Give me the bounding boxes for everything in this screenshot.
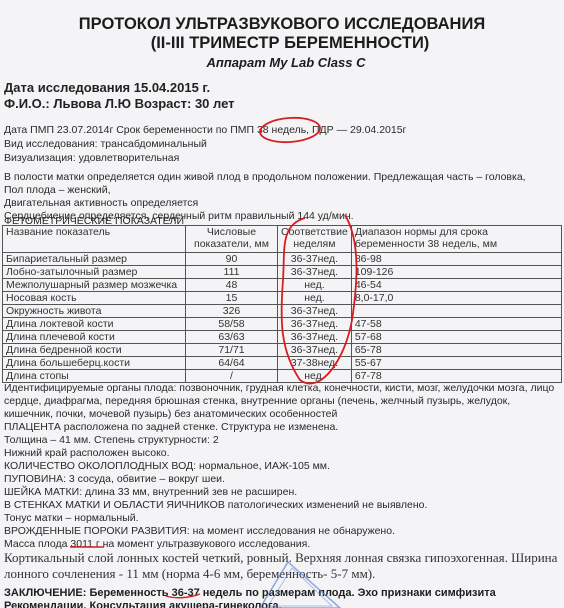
- document-subtitle: (II-III ТРИМЕСТР БЕРЕМЕННОСТИ): [8, 34, 564, 53]
- fetometry-table: Название показательЧисловые показатели, …: [2, 225, 562, 383]
- stamp-icon: [240, 560, 360, 608]
- table-cell: 36-37нед.: [278, 331, 352, 344]
- table-cell: 55-67: [351, 357, 561, 370]
- table-row: Межполушарный размер мозжечка48нед.46-54: [3, 279, 562, 292]
- table-header-row: Название показательЧисловые показатели, …: [3, 226, 562, 253]
- organs-line-1: Идентифицируемые органы плода: позвоночн…: [4, 382, 554, 394]
- lmp-line: Дата ПМП 23.07.2014г Срок беременности п…: [4, 124, 406, 136]
- table-cell: Межполушарный размер мозжечка: [3, 279, 186, 292]
- document-title: ПРОТОКОЛ УЛЬТРАЗВУКОВОГО ИССЛЕДОВАНИЯ: [0, 15, 564, 34]
- table-cell: [351, 305, 561, 318]
- table-cell: 36-37нед.: [278, 344, 352, 357]
- table-row: Длина стопы/нед.67-78: [3, 370, 562, 383]
- table-cell: 86-98: [351, 253, 561, 266]
- table-cell: 67-78: [351, 370, 561, 383]
- table-cell: 57-68: [351, 331, 561, 344]
- table-row: Носовая кость15нед.8,0-17,0: [3, 292, 562, 305]
- table-cell: /: [186, 370, 278, 383]
- table-cell: Окружность живота: [3, 305, 186, 318]
- cervix: ШЕЙКА МАТКИ: длина 33 мм, внутренний зев…: [4, 486, 297, 498]
- placenta-lower-edge: Нижний край расположен высоко.: [4, 447, 170, 459]
- table-row: Лобно-затылочный размер11136-37нед.109-1…: [3, 266, 562, 279]
- table-cell: Бипариетальный размер: [3, 253, 186, 266]
- amniotic-fluid: КОЛИЧЕСТВО ОКОЛОПЛОДНЫХ ВОД: нормальное,…: [4, 460, 330, 472]
- table-cell: Длина стопы: [3, 370, 186, 383]
- table-header-cell: Числовые показатели, мм: [186, 226, 278, 253]
- table-header-cell: Диапазон нормы для срока беременности 38…: [351, 226, 561, 253]
- table-cell: 46-54: [351, 279, 561, 292]
- placenta-thickness: Толщина – 41 мм. Степень структурности: …: [4, 434, 219, 446]
- table-cell: 111: [186, 266, 278, 279]
- device-name: Аппарат My Lab Class C: [4, 55, 564, 70]
- organs-line-3: кишечник, почки, мочевой пузырь) без ана…: [4, 408, 337, 420]
- uterine-walls: В СТЕНКАХ МАТКИ И ОБЛАСТИ ЯИЧНИКОВ патол…: [4, 499, 427, 511]
- table-cell: 36-37нед.: [278, 253, 352, 266]
- table-cell: 90: [186, 253, 278, 266]
- table-cell: 64/64: [186, 357, 278, 370]
- table-cell: Длина большеберц.кости: [3, 357, 186, 370]
- table-cell: 48: [186, 279, 278, 292]
- table-cell: Носовая кость: [3, 292, 186, 305]
- table-cell: 8,0-17,0: [351, 292, 561, 305]
- table-cell: 37-38нед.: [278, 357, 352, 370]
- table-cell: 58/58: [186, 318, 278, 331]
- table-cell: 326: [186, 305, 278, 318]
- table-header-cell: Название показатель: [3, 226, 186, 253]
- table-row: Бипариетальный размер9036-37нед.86-98: [3, 253, 562, 266]
- table-cell: Длина локтевой кости: [3, 318, 186, 331]
- placenta: ПЛАЦЕНТА расположена по задней стенке. С…: [4, 421, 338, 433]
- table-cell: 63/63: [186, 331, 278, 344]
- fetus-sex: Пол плода – женский,: [4, 184, 111, 196]
- table-cell: нед.: [278, 370, 352, 383]
- table-cell: Длина бедренной кости: [3, 344, 186, 357]
- ultrasound-protocol-document: ПРОТОКОЛ УЛЬТРАЗВУКОВОГО ИССЛЕДОВАНИЯ (I…: [0, 0, 564, 608]
- fetal-weight: Масса плода 3011 г на момент ультразвуко…: [4, 538, 310, 550]
- table-cell: Лобно-затылочный размер: [3, 266, 186, 279]
- table-cell: 65-78: [351, 344, 561, 357]
- exam-type: Вид исследования: трансабдоминальный: [4, 138, 207, 150]
- table-cell: 36-37нед.: [278, 305, 352, 318]
- table-row: Длина большеберц.кости64/6437-38нед.55-6…: [3, 357, 562, 370]
- table-cell: Длина плечевой кости: [3, 331, 186, 344]
- uterine-tone: Тонус матки – нормальный.: [4, 512, 139, 524]
- table-row: Длина плечевой кости63/6336-37нед.57-68: [3, 331, 562, 344]
- table-cell: 71/71: [186, 344, 278, 357]
- table-row: Окружность живота32636-37нед.: [3, 305, 562, 318]
- table-cell: 36-37нед.: [278, 266, 352, 279]
- table-header-cell: Соответствие неделям: [278, 226, 352, 253]
- table-cell: 47-58: [351, 318, 561, 331]
- table-cell: нед.: [278, 279, 352, 292]
- table-row: Длина локтевой кости58/5836-37нед.47-58: [3, 318, 562, 331]
- exam-date: Дата исследования 15.04.2015 г.: [4, 80, 210, 95]
- umbilical-cord: ПУПОВИНА: 3 сосуда, обвитие – вокруг шеи…: [4, 473, 225, 485]
- patient-name-age: Ф.И.О.: Львова Л.Ю Возраст: 30 лет: [4, 96, 235, 111]
- visualization: Визуализация: удовлетворительная: [4, 152, 179, 164]
- congenital-defects: ВРОЖДЕННЫЕ ПОРОКИ РАЗВИТИЯ: на момент ис…: [4, 525, 395, 537]
- table-cell: 109-126: [351, 266, 561, 279]
- fetus-position: В полости матки определяется один живой …: [4, 171, 526, 183]
- table-row: Длина бедренной кости71/7136-37нед.65-78: [3, 344, 562, 357]
- table-cell: нед.: [278, 292, 352, 305]
- organs-line-2: сердце, диафрагма, передняя брюшная стен…: [4, 395, 510, 407]
- table-cell: 36-37нед.: [278, 318, 352, 331]
- table-cell: 15: [186, 292, 278, 305]
- fetus-motion: Двигательная активность определяется: [4, 197, 198, 209]
